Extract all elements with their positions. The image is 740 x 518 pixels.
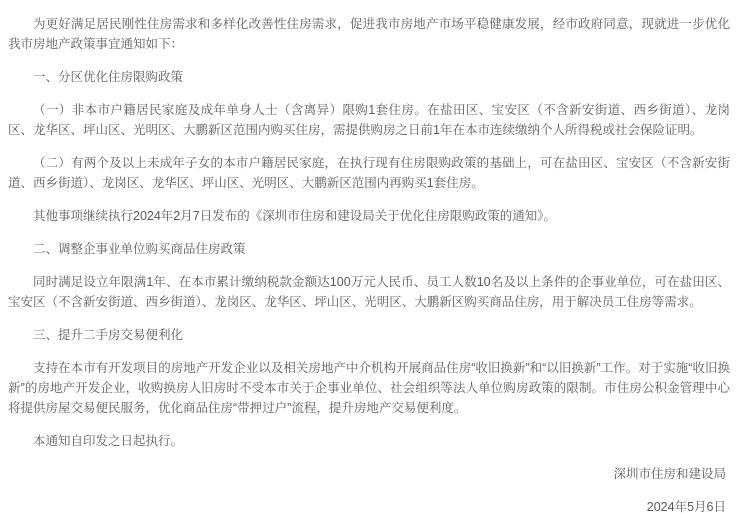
notice-document: 为更好满足居民刚性住房需求和多样化改善性住房需求，促进我市房地产市场平稳健康发展…	[0, 0, 740, 518]
section-2-body: 同时满足设立年限满1年、在本市累计缴纳税款金额达100万元人民币、员工人数10名…	[8, 272, 730, 312]
section-1-heading: 一、分区优化住房限购政策	[8, 67, 730, 87]
section-3-body: 支持在本市有开发项目的房地产开发企业以及相关房地产中介机构开展商品住房“收旧换新…	[8, 358, 730, 418]
issue-date: 2024年5月6日	[8, 497, 730, 517]
issuer-signature: 深圳市住房和建设局	[8, 464, 730, 484]
section-1-other-matters: 其他事项继续执行2024年2月7日发布的《深圳市住房和建设局关于优化住房限购政策…	[8, 206, 730, 226]
section-2-heading: 二、调整企事业单位购买商品住房政策	[8, 239, 730, 259]
effective-date-paragraph: 本通知自印发之日起执行。	[8, 431, 730, 451]
section-3-heading: 三、提升二手房交易便利化	[8, 325, 730, 345]
section-1-item-2: （二）有两个及以上未成年子女的本市户籍居民家庭，在执行现有住房限购政策的基础上，…	[8, 153, 730, 193]
section-1-item-1: （一）非本市户籍居民家庭及成年单身人士（含离异）限购1套住房。在盐田区、宝安区（…	[8, 100, 730, 140]
intro-paragraph: 为更好满足居民刚性住房需求和多样化改善性住房需求，促进我市房地产市场平稳健康发展…	[8, 14, 730, 54]
